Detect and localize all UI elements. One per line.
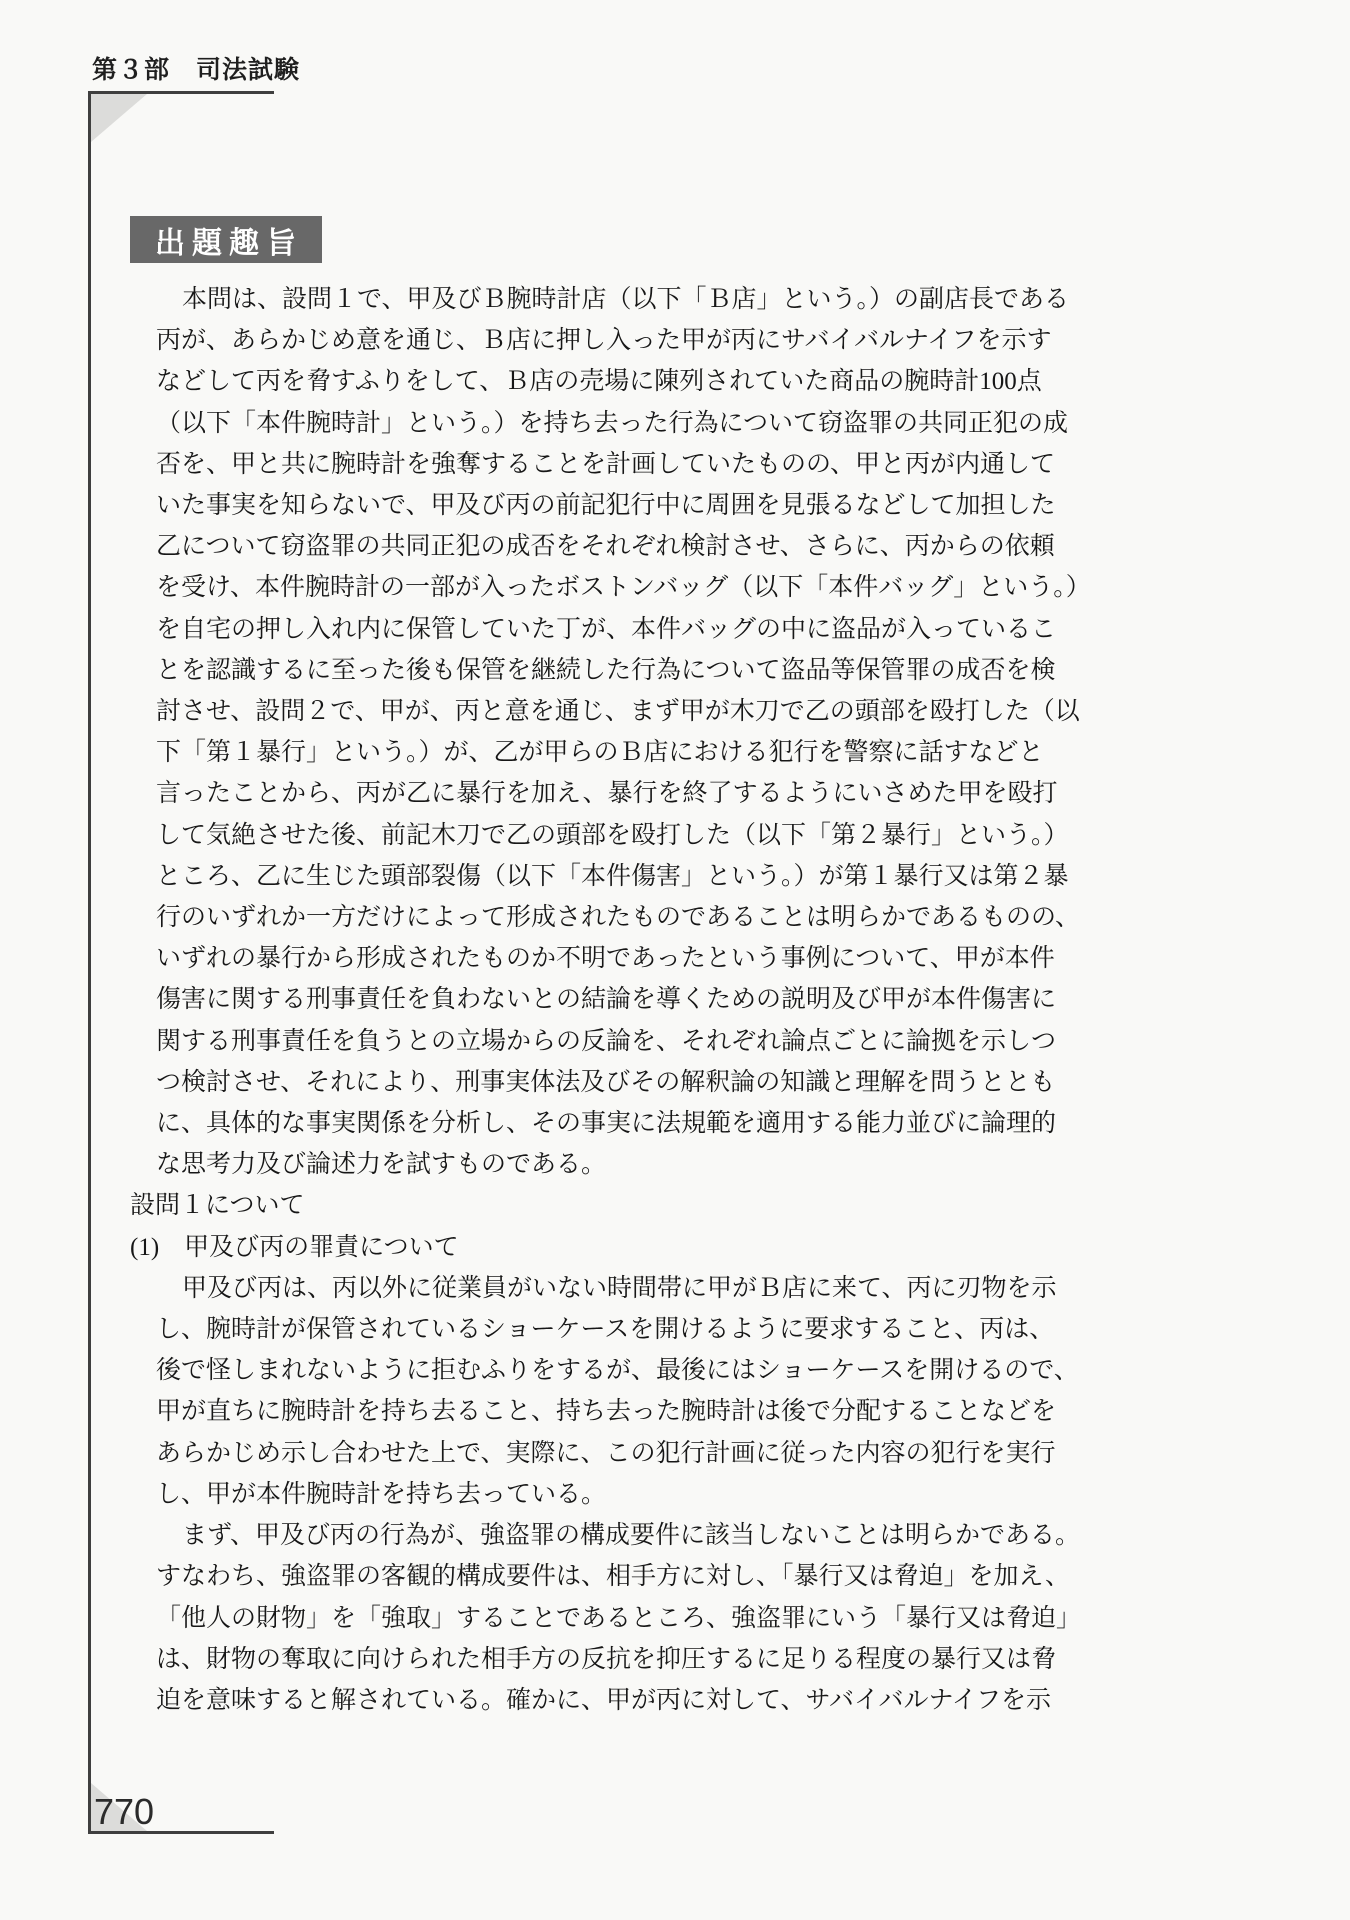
text-line: いた事実を知らないで、甲及び丙の前記犯行中に周囲を見張るなどして加担した bbox=[156, 485, 1090, 526]
text-line: とを認識するに至った後も保管を継続した行為について盗品等保管罪の成否を検 bbox=[156, 650, 1090, 691]
text-line: つ検討させ、それにより、刑事実体法及びその解釈論の知識と理解を問うととも bbox=[156, 1062, 1090, 1103]
text-line: 下「第１暴行」という。）が、乙が甲らのＢ店における犯行を警察に話すなどと bbox=[156, 732, 1090, 773]
text-line: を受け、本件腕時計の一部が入ったボストンバッグ（以下「本件バッグ」という。） bbox=[156, 567, 1090, 608]
text-line: 否を、甲と共に腕時計を強奪することを計画していたものの、甲と丙が内通して bbox=[156, 444, 1090, 485]
text-line: し、甲が本件腕時計を持ち去っている。 bbox=[156, 1474, 1090, 1515]
text-line: 本問は、設問１で、甲及びＢ腕時計店（以下「Ｂ店」という。）の副店長である bbox=[182, 279, 1090, 320]
text-line: 行のいずれか一方だけによって形成されたものであることは明らかであるものの、 bbox=[156, 897, 1090, 938]
text-line: 言ったことから、丙が乙に暴行を加え、暴行を終了するようにいさめた甲を殴打 bbox=[156, 773, 1090, 814]
text-line: な思考力及び論述力を試すものである。 bbox=[156, 1144, 1090, 1185]
text-line: して気絶させた後、前記木刀で乙の頭部を殴打した（以下「第２暴行」という。） bbox=[156, 815, 1090, 856]
text-line: 「他人の財物」を「強取」することであるところ、強盗罪にいう「暴行又は脅迫」 bbox=[156, 1598, 1090, 1639]
text-line: を自宅の押し入れ内に保管していた丁が、本件バッグの中に盗品が入っているこ bbox=[156, 609, 1090, 650]
text-line: 後で怪しまれないように拒むふりをするが、最後にはショーケースを開けるので、 bbox=[156, 1350, 1090, 1391]
text-line: ところ、乙に生じた頭部裂傷（以下「本件傷害」という。）が第１暴行又は第２暴 bbox=[156, 856, 1090, 897]
text-line: 甲が直ちに腕時計を持ち去ること、持ち去った腕時計は後で分配することなどを bbox=[156, 1391, 1090, 1432]
text-line: （以下「本件腕時計」という。）を持ち去った行為について窃盗罪の共同正犯の成 bbox=[156, 403, 1090, 444]
text-line: は、財物の奪取に向けられた相手方の反抗を抑圧するに足りる程度の暴行又は脅 bbox=[156, 1639, 1090, 1680]
text-line: に、具体的な事実関係を分析し、その事実に法規範を適用する能力並びに論理的 bbox=[156, 1103, 1090, 1144]
content-lines: 本問は、設問１で、甲及びＢ腕時計店（以下「Ｂ店」という。）の副店長である丙が、あ… bbox=[130, 279, 1090, 1721]
text-line: などして丙を脅すふりをして、Ｂ店の売場に陳列されていた商品の腕時計100点 bbox=[156, 361, 1090, 402]
text-line: まず、甲及び丙の行為が、強盗罪の構成要件に該当しないことは明らかである。 bbox=[182, 1515, 1090, 1556]
running-head: 第３部 司法試験 bbox=[92, 50, 300, 86]
text-line: 迫を意味すると解されている。確かに、甲が丙に対して、サバイバルナイフを示 bbox=[156, 1680, 1090, 1721]
text-line: (1) 甲及び丙の罪責について bbox=[130, 1227, 1090, 1268]
book-page: 第３部 司法試験 出題趣旨 本問は、設問１で、甲及びＢ腕時計店（以下「Ｂ店」とい… bbox=[0, 0, 1350, 1920]
text-line: 関する刑事責任を負うとの立場からの反論を、それぞれ論点ごとに論拠を示しつ bbox=[156, 1021, 1090, 1062]
page-number: 770 bbox=[94, 1791, 154, 1833]
text-line: いずれの暴行から形成されたものか不明であったという事例について、甲が本件 bbox=[156, 938, 1090, 979]
text-line: すなわち、強盗罪の客観的構成要件は、相手方に対し、「暴行又は脅迫」を加え、 bbox=[156, 1556, 1090, 1597]
section-title: 出題趣旨 bbox=[130, 216, 322, 263]
corner-triangle-top bbox=[91, 94, 147, 142]
text-line: 傷害に関する刑事責任を負わないとの結論を導くための説明及び甲が本件傷害に bbox=[156, 979, 1090, 1020]
text-line: 丙が、あらかじめ意を通じ、Ｂ店に押し入った甲が丙にサバイバルナイフを示す bbox=[156, 320, 1090, 361]
text-line: し、腕時計が保管されているショーケースを開けるように要求すること、丙は、 bbox=[156, 1309, 1090, 1350]
text-line: 討させ、設問２で、甲が、丙と意を通じ、まず甲が木刀で乙の頭部を殴打した（以 bbox=[156, 691, 1090, 732]
text-line: 甲及び丙は、丙以外に従業員がいない時間帯に甲がＢ店に来て、丙に刃物を示 bbox=[182, 1268, 1090, 1309]
text-line: 設問１について bbox=[130, 1185, 1090, 1226]
text-line: あらかじめ示し合わせた上で、実際に、この犯行計画に従った内容の犯行を実行 bbox=[156, 1433, 1090, 1474]
corner-rule-left bbox=[88, 91, 91, 1834]
text-line: 乙について窃盗罪の共同正犯の成否をそれぞれ検討させ、さらに、丙からの依頼 bbox=[156, 526, 1090, 567]
